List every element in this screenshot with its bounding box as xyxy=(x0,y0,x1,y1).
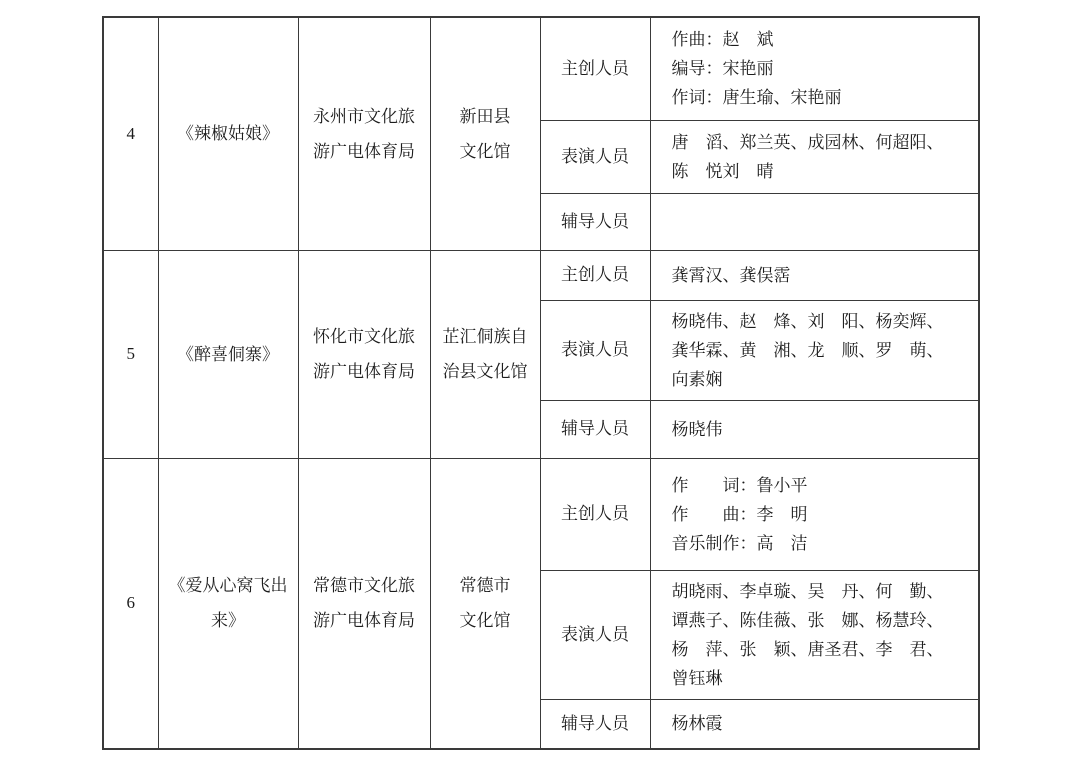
program-4-title: 《辣椒姑娘》 xyxy=(158,17,298,250)
program-5-title: 《醉喜侗寨》 xyxy=(158,250,298,458)
program-4-role-coaches-label: 辅导人员 xyxy=(540,193,650,250)
program-4-performer-names: 唐 滔、郑兰英、成园林、何超阳、 陈 悦刘 晴 xyxy=(650,120,979,193)
program-4-coach-names xyxy=(650,193,979,250)
table-row: 4 《辣椒姑娘》 永州市文化旅 游广电体育局 新田县 文化馆 主创人员 作曲：赵… xyxy=(103,17,979,120)
program-4-number: 4 xyxy=(103,17,158,250)
program-6-performer-names: 胡晓雨、李卓璇、吴 丹、何 勤、 谭燕子、陈佳薇、张 娜、杨慧玲、 杨 萍、张 … xyxy=(650,570,979,699)
program-5-number: 5 xyxy=(103,250,158,458)
program-6-title: 《爱从心窝飞出 来》 xyxy=(158,458,298,749)
program-6-role-coaches-label: 辅导人员 xyxy=(540,699,650,749)
program-5-performer-names: 杨晓伟、赵 烽、刘 阳、杨奕辉、 龚华霖、黄 湘、龙 顺、罗 萌、 向素娴 xyxy=(650,300,979,400)
document-page: 4 《辣椒姑娘》 永州市文化旅 游广电体育局 新田县 文化馆 主创人员 作曲：赵… xyxy=(0,0,1080,763)
program-6-creative-names: 作 词：鲁小平 作 曲：李 明 音乐制作：高 洁 xyxy=(650,458,979,570)
program-4-organization: 永州市文化旅 游广电体育局 xyxy=(298,17,430,250)
program-4-role-performers-label: 表演人员 xyxy=(540,120,650,193)
program-4-creative-names: 作曲：赵 斌 编导：宋艳丽 作词：唐生瑜、宋艳丽 xyxy=(650,17,979,120)
program-6-organization: 常德市文化旅 游广电体育局 xyxy=(298,458,430,749)
table-row: 6 《爱从心窝飞出 来》 常德市文化旅 游广电体育局 常德市 文化馆 主创人员 … xyxy=(103,458,979,570)
program-6-coach-names: 杨林霞 xyxy=(650,699,979,749)
program-5-coach-names: 杨晓伟 xyxy=(650,400,979,458)
program-5-role-performers-label: 表演人员 xyxy=(540,300,650,400)
program-4-venue: 新田县 文化馆 xyxy=(430,17,540,250)
program-6-role-performers-label: 表演人员 xyxy=(540,570,650,699)
program-table: 4 《辣椒姑娘》 永州市文化旅 游广电体育局 新田县 文化馆 主创人员 作曲：赵… xyxy=(102,16,980,750)
program-4-role-creative-label: 主创人员 xyxy=(540,17,650,120)
program-5-role-creative-label: 主创人员 xyxy=(540,250,650,300)
program-6-venue: 常德市 文化馆 xyxy=(430,458,540,749)
program-5-creative-names: 龚霄汉、龚俣霑 xyxy=(650,250,979,300)
program-5-venue: 芷汇侗族自 治县文化馆 xyxy=(430,250,540,458)
program-6-role-creative-label: 主创人员 xyxy=(540,458,650,570)
program-6-number: 6 xyxy=(103,458,158,749)
program-5-organization: 怀化市文化旅 游广电体育局 xyxy=(298,250,430,458)
program-5-role-coaches-label: 辅导人员 xyxy=(540,400,650,458)
table-row: 5 《醉喜侗寨》 怀化市文化旅 游广电体育局 芷汇侗族自 治县文化馆 主创人员 … xyxy=(103,250,979,300)
